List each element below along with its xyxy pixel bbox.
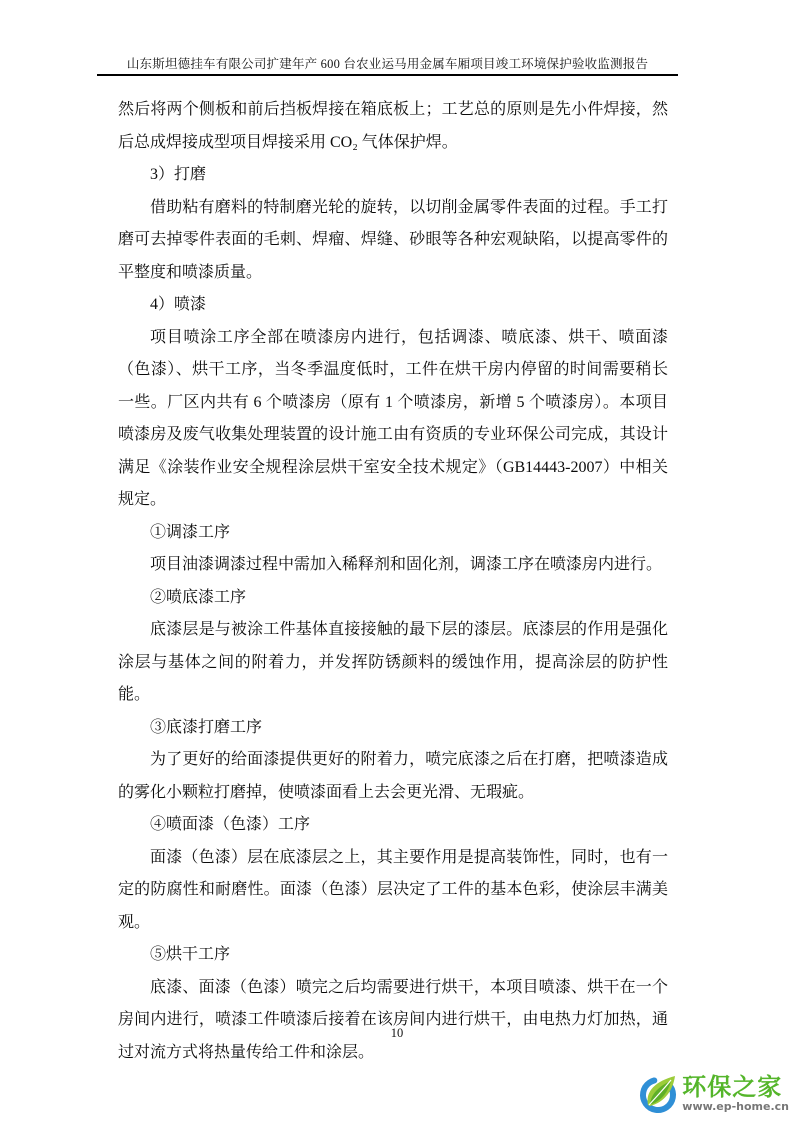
- paragraph: 项目喷涂工序全部在喷漆房内进行，包括调漆、喷底漆、烘干、喷面漆（色漆）、烘干工序…: [118, 322, 668, 517]
- paragraph: 底漆层是与被涂工件基体直接接触的最下层的漆层。底漆层的作用是强化涂层与基体之间的…: [118, 614, 668, 712]
- document-body: 然后将两个侧板和前后挡板焊接在箱底板上；工艺总的原则是先小件焊接，然后总成焊接成…: [118, 94, 668, 1069]
- paragraph: 为了更好的给面漆提供更好的附着力，喷完底漆之后在打磨，把喷漆造成的雾化小颗粒打磨…: [118, 744, 668, 809]
- list-item-heading: ①调漆工序: [118, 517, 668, 550]
- paragraph: 然后将两个侧板和前后挡板焊接在箱底板上；工艺总的原则是先小件焊接，然后总成焊接成…: [118, 94, 668, 159]
- document-page: 山东斯坦德挂车有限公司扩建年产 600 台农业运马用金属车厢项目竣工环境保护验收…: [0, 0, 794, 1123]
- paragraph: 底漆、面漆（色漆）喷完之后均需要进行烘干，本项目喷漆、烘干在一个房间内进行，喷漆…: [118, 972, 668, 1070]
- paragraph: 借助粘有磨料的特制磨光轮的旋转，以切削金属零件表面的过程。手工打磨可去掉零件表面…: [118, 192, 668, 290]
- list-item-heading: ④喷面漆（色漆）工序: [118, 809, 668, 842]
- paragraph: 项目油漆调漆过程中需加入稀释剂和固化剂，调漆工序在喷漆房内进行。: [118, 549, 668, 582]
- watermark-site-url: www.ep-home.cn: [682, 1100, 789, 1113]
- section-heading: 3）打磨: [118, 159, 668, 192]
- watermark-text-block: 环保之家 www.ep-home.cn: [682, 1075, 789, 1113]
- header-rule: [97, 74, 678, 76]
- watermark-ep-home: 环保之家 www.ep-home.cn: [638, 1073, 789, 1115]
- list-item-heading: ③底漆打磨工序: [118, 712, 668, 745]
- page-number: 10: [0, 1026, 794, 1041]
- paragraph: 面漆（色漆）层在底漆层之上，其主要作用是提高装饰性，同时，也有一定的防腐性和耐磨…: [118, 842, 668, 940]
- list-item-heading: ⑤烘干工序: [118, 939, 668, 972]
- watermark-site-name: 环保之家: [682, 1075, 789, 1100]
- section-heading: 4）喷漆: [118, 289, 668, 322]
- ep-home-logo-icon: [638, 1073, 680, 1115]
- header-title: 山东斯坦德挂车有限公司扩建年产 600 台农业运马用金属车厢项目竣工环境保护验收…: [97, 54, 678, 72]
- list-item-heading: ②喷底漆工序: [118, 582, 668, 615]
